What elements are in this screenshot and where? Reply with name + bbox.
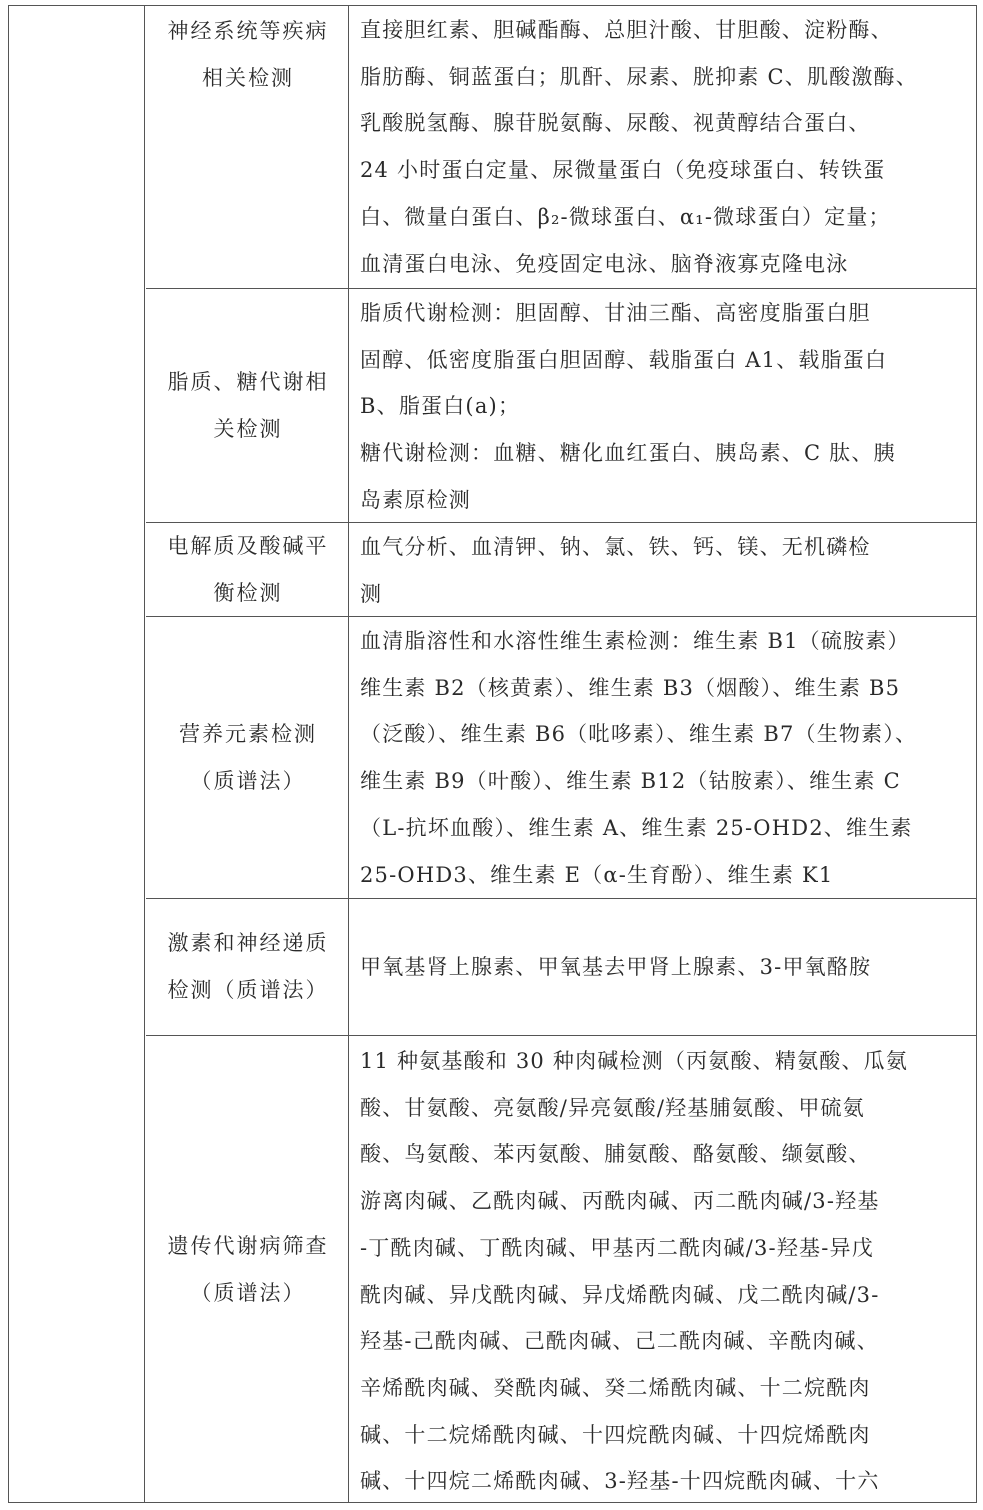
category-line: 关检测 — [214, 406, 283, 453]
category-cell: 激素和神经递质 检测（质谱法） — [146, 899, 350, 1035]
category-line: 脂质、糖代谢相 — [168, 359, 329, 406]
column-divider-1 — [144, 6, 145, 1502]
category-line: 检测（质谱法） — [168, 967, 329, 1014]
content-line: 糖代谢检测：血糖、糖化血红蛋白、胰岛素、C 肽、胰 — [360, 430, 968, 477]
content-cell: 11 种氨基酸和 30 种肉碱检测（丙氨酸、精氨酸、瓜氨 酸、甘氨酸、亮氨酸/异… — [360, 1036, 968, 1504]
category-line: 营养元素检测 — [179, 711, 317, 758]
table-row-electrolyte: 电解质及酸碱平 衡检测 血气分析、血清钾、钠、氯、铁、钙、镁、无机磷检 测 — [146, 523, 976, 617]
content-line: 游离肉碱、乙酰肉碱、丙酰肉碱、丙二酰肉碱/3-羟基 — [360, 1178, 968, 1225]
content-line: 血清蛋白电泳、免疫固定电泳、脑脊液寡克隆电泳 — [360, 241, 968, 288]
category-line: 激素和神经递质 — [168, 920, 329, 967]
category-line: （质谱法） — [191, 758, 306, 805]
content-line: 酰肉碱、异戊酰肉碱、异戊烯酰肉碱、戊二酰肉碱/3- — [360, 1272, 968, 1319]
category-line: 遗传代谢病筛查 — [168, 1223, 329, 1270]
table-row-neuro: 神经系统等疾病 相关检测 直接胆红素、胆碱酯酶、总胆汁酸、甘胆酸、淀粉酶、 脂肪… — [146, 6, 976, 289]
content-line: 脂质代谢检测：胆固醇、甘油三酯、高密度脂蛋白胆 — [360, 290, 968, 337]
content-line: 碱、十四烷二烯酰肉碱、3-羟基-十四烷酰肉碱、十六 — [360, 1458, 968, 1505]
content-line: 酸、甘氨酸、亮氨酸/异亮氨酸/羟基脯氨酸、甲硫氨 — [360, 1085, 968, 1132]
category-line: 相关检测 — [202, 55, 294, 102]
content-line: 直接胆红素、胆碱酯酶、总胆汁酸、甘胆酸、淀粉酶、 — [360, 7, 968, 54]
category-cell: 电解质及酸碱平 衡检测 — [146, 523, 350, 616]
table-row-hormone: 激素和神经递质 检测（质谱法） 甲氧基肾上腺素、甲氧基去甲肾上腺素、3-甲氧酪胺 — [146, 899, 976, 1036]
content-line: 甲氧基肾上腺素、甲氧基去甲肾上腺素、3-甲氧酪胺 — [360, 944, 968, 991]
table-row-lipid-glucose: 脂质、糖代谢相 关检测 脂质代谢检测：胆固醇、甘油三酯、高密度脂蛋白胆 固醇、低… — [146, 289, 976, 523]
category-line: 神经系统等疾病 — [168, 8, 329, 55]
content-line: 脂肪酶、铜蓝蛋白；肌酐、尿素、胱抑素 C、肌酸激酶、 — [360, 54, 968, 101]
test-items-table: 神经系统等疾病 相关检测 直接胆红素、胆碱酯酶、总胆汁酸、甘胆酸、淀粉酶、 脂肪… — [8, 5, 977, 1503]
category-cell: 遗传代谢病筛查 （质谱法） — [146, 1036, 350, 1504]
content-line: 24 小时蛋白定量、尿微量蛋白（免疫球蛋白、转铁蛋 — [360, 147, 968, 194]
content-cell: 血气分析、血清钾、钠、氯、铁、钙、镁、无机磷检 测 — [360, 523, 968, 616]
content-line: 碱、十二烷烯酰肉碱、十四烷酰肉碱、十四烷烯酰肉 — [360, 1412, 968, 1459]
category-line: 衡检测 — [214, 570, 283, 617]
category-cell: 神经系统等疾病 相关检测 — [146, 6, 350, 288]
content-line: 辛烯酰肉碱、癸酰肉碱、癸二烯酰肉碱、十二烷酰肉 — [360, 1365, 968, 1412]
category-cell: 营养元素检测 （质谱法） — [146, 617, 350, 898]
category-line: 电解质及酸碱平 — [168, 523, 329, 570]
content-line: 酸、鸟氨酸、苯丙氨酸、脯氨酸、酪氨酸、缬氨酸、 — [360, 1131, 968, 1178]
content-line: B、脂蛋白(a)； — [360, 383, 968, 430]
content-line: 固醇、低密度脂蛋白胆固醇、载脂蛋白 A1、载脂蛋白 — [360, 337, 968, 384]
content-line: -丁酰肉碱、丁酰肉碱、甲基丙二酰肉碱/3-羟基-异戊 — [360, 1225, 968, 1272]
content-line: 25-OHD3、维生素 E（α-生育酚）、维生素 K1 — [360, 852, 968, 899]
content-cell: 血清脂溶性和水溶性维生素检测：维生素 B1（硫胺素） 维生素 B2（核黄素）、维… — [360, 617, 968, 898]
content-line: 羟基-己酰肉碱、己酰肉碱、己二酰肉碱、辛酰肉碱、 — [360, 1318, 968, 1365]
table-row-nutrition: 营养元素检测 （质谱法） 血清脂溶性和水溶性维生素检测：维生素 B1（硫胺素） … — [146, 617, 976, 899]
content-line: 乳酸脱氢酶、腺苷脱氨酶、尿酸、视黄醇结合蛋白、 — [360, 100, 968, 147]
category-line: （质谱法） — [191, 1270, 306, 1317]
content-line: （泛酸）、维生素 B6（吡哆素）、维生素 B7（生物素）、 — [360, 711, 968, 758]
content-line: 测 — [360, 571, 968, 618]
content-line: 血气分析、血清钾、钠、氯、铁、钙、镁、无机磷检 — [360, 524, 968, 571]
content-line: 维生素 B2（核黄素）、维生素 B3（烟酸）、维生素 B5 — [360, 665, 968, 712]
content-line: （L-抗坏血酸）、维生素 A、维生素 25-OHD2、维生素 — [360, 805, 968, 852]
content-line: 白、微量白蛋白、β₂-微球蛋白、α₁-微球蛋白）定量； — [360, 194, 968, 241]
content-cell: 脂质代谢检测：胆固醇、甘油三酯、高密度脂蛋白胆 固醇、低密度脂蛋白胆固醇、载脂蛋… — [360, 289, 968, 522]
content-line: 血清脂溶性和水溶性维生素检测：维生素 B1（硫胺素） — [360, 618, 968, 665]
table-row-genetic-metabolic: 遗传代谢病筛查 （质谱法） 11 种氨基酸和 30 种肉碱检测（丙氨酸、精氨酸、… — [146, 1036, 976, 1504]
content-cell: 甲氧基肾上腺素、甲氧基去甲肾上腺素、3-甲氧酪胺 — [360, 899, 968, 1035]
content-cell: 直接胆红素、胆碱酯酶、总胆汁酸、甘胆酸、淀粉酶、 脂肪酶、铜蓝蛋白；肌酐、尿素、… — [360, 6, 968, 288]
content-line: 维生素 B9（叶酸）、维生素 B12（钴胺素）、维生素 C — [360, 758, 968, 805]
content-line: 11 种氨基酸和 30 种肉碱检测（丙氨酸、精氨酸、瓜氨 — [360, 1038, 968, 1085]
category-cell: 脂质、糖代谢相 关检测 — [146, 289, 350, 522]
content-line: 岛素原检测 — [360, 477, 968, 524]
